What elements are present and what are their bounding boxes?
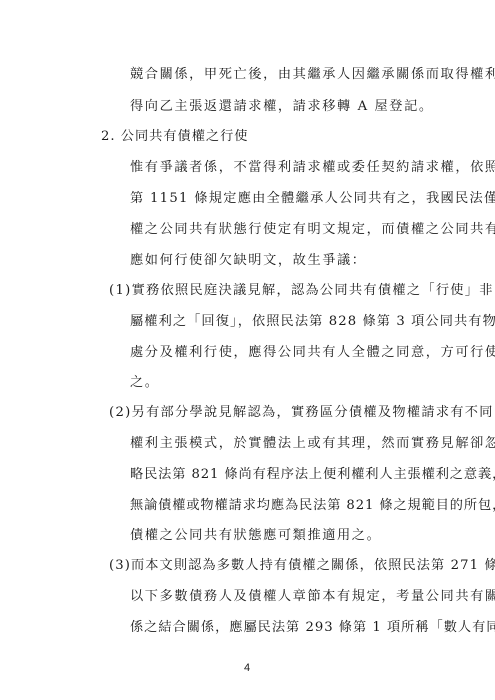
text-line: 處分及權利行使，應得公同共有人全體之同意，方可行使 bbox=[130, 345, 495, 361]
text-line: 債權之公同共有狀態應可類推適用之。 bbox=[130, 528, 381, 544]
text-line: 屬權利之「回復」，依照民法第 828 條第 3 項公同共有物之 bbox=[130, 314, 495, 330]
text-line: 略民法第 821 條尚有程序法上便利權利人主張權利之意義， bbox=[130, 467, 495, 483]
text-line: 得向乙主張返還請求權，請求移轉 A 屋登記。 bbox=[130, 99, 434, 115]
text-line: 應如何行使卻欠缺明文，故生爭議： bbox=[130, 253, 367, 269]
text-line: 權利主張模式，於實體法上或有其理，然而實務見解卻忽 bbox=[130, 436, 495, 452]
text-line: 權之公同共有狀態行使定有明文規定，而債權之公同共有狀態 bbox=[130, 222, 495, 238]
section-heading: 2. 公同共有債權之行使 bbox=[101, 129, 248, 145]
list-item-3: (3)而本文則認為多數人持有債權之關係，依照民法第 271 條 bbox=[109, 558, 495, 574]
page-number: 4 bbox=[244, 662, 250, 674]
text-line: 惟有爭議者係，不當得利請求權或委任契約請求權，依照民法 bbox=[130, 160, 495, 176]
text-line: 第 1151 條規定應由全體繼承人公同共有之，我國民法僅就物 bbox=[130, 191, 495, 207]
document-page: 競合關係，甲死亡後，由其繼承人因繼承關係而取得權利， 得向乙主張返還請求權，請求… bbox=[0, 0, 495, 700]
text-line: 之。 bbox=[130, 375, 160, 391]
text-line: 以下多數債務人及債權人章節本有規定，考量公同共有關 bbox=[130, 589, 495, 605]
list-item-2: (2)另有部分學說見解認為，實務區分債權及物權請求有不同 bbox=[109, 405, 494, 421]
list-item-1: (1)實務依照民庭決議見解，認為公同共有債權之「行使」非 bbox=[109, 283, 494, 299]
text-line: 競合關係，甲死亡後，由其繼承人因繼承關係而取得權利， bbox=[130, 67, 495, 83]
text-line: 係之結合關係，應屬民法第 293 條第 1 項所稱「數人有同 bbox=[130, 620, 495, 636]
text-line: 無論債權或物權請求均應為民法第 821 條之規範目的所包， bbox=[130, 498, 495, 514]
